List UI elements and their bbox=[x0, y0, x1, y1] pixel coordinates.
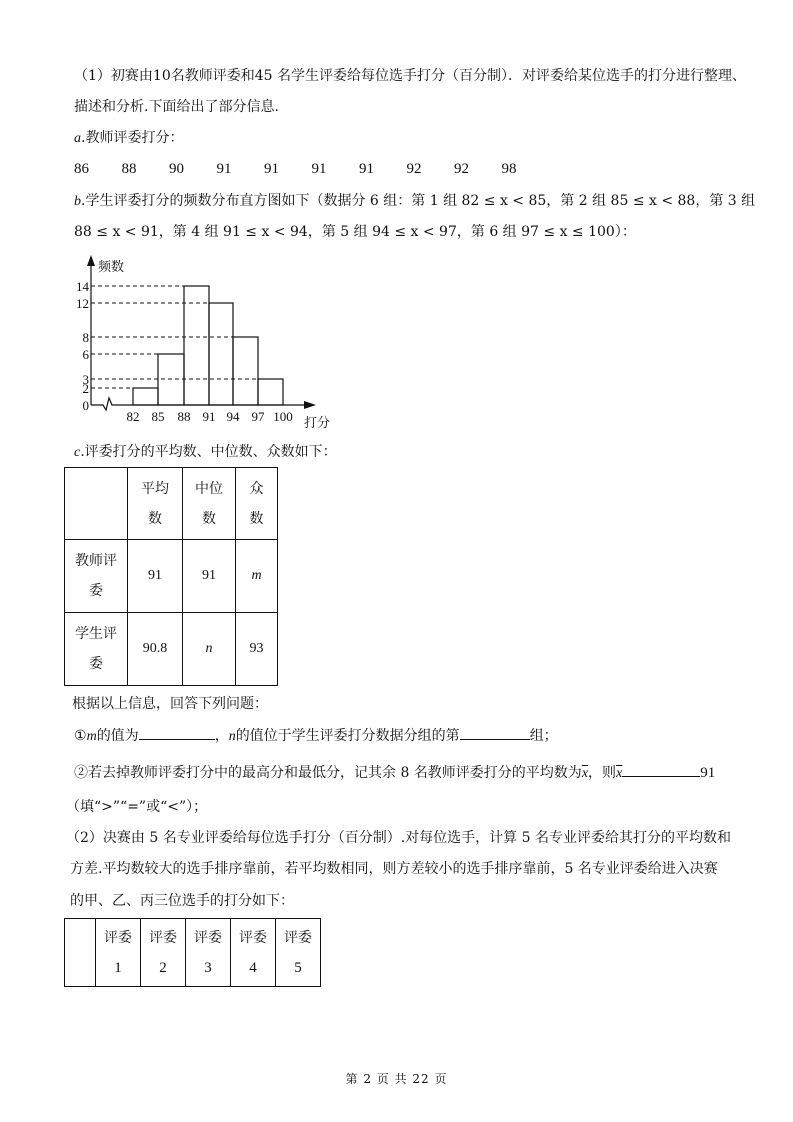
item-c: c.评委打分的平均数、中位数、众数如下： bbox=[74, 442, 337, 463]
part2-line1: （2）决赛由 5 名专业评委给每位选手打分（百分制）.对每位选手，计算 5 名专… bbox=[66, 828, 731, 848]
page-footer: 第 2 页 共 22 页 bbox=[0, 1070, 793, 1087]
teacher-score: 90 bbox=[169, 159, 217, 179]
table-row: 学生评委 90.8 n 93 bbox=[65, 613, 278, 686]
table-row: 教师评委 91 91 m bbox=[65, 540, 278, 613]
svg-text:94: 94 bbox=[227, 409, 241, 424]
svg-text:8: 8 bbox=[83, 330, 90, 345]
part1-intro-line1: （1）初赛由10名教师评委和45 名学生评委给每位选手打分（百分制）．对评委给某… bbox=[74, 66, 746, 86]
teacher-score: 91 bbox=[359, 159, 407, 179]
item-b-label: b bbox=[74, 194, 81, 209]
student-median: n bbox=[183, 613, 236, 686]
svg-text:12: 12 bbox=[76, 296, 89, 311]
judges-corner-cell bbox=[65, 919, 96, 987]
y-tick-labels: 14 12 8 6 3 2 0 bbox=[76, 279, 90, 413]
part2-line2: 方差.平均数较大的选手排序靠前，若平均数相同，则方差较小的选手排序靠前，5 名专… bbox=[70, 859, 718, 879]
table-header-row: 平均数 中位数 众数 bbox=[65, 468, 278, 540]
item-a-label: a bbox=[74, 131, 81, 146]
teacher-median: 91 bbox=[183, 540, 236, 613]
table-corner-cell bbox=[65, 468, 128, 540]
header-mode: 众数 bbox=[236, 468, 278, 540]
x-axis-label: 打分 bbox=[304, 415, 330, 430]
svg-text:6: 6 bbox=[83, 347, 90, 362]
stats-table: 平均数 中位数 众数 教师评委 91 91 m 学生评委 90.8 n 93 bbox=[64, 467, 278, 686]
teacher-score: 92 bbox=[454, 159, 502, 179]
judges-header-row: 评委1 评委2 评委3 评委4 评委5 bbox=[65, 919, 321, 987]
x-axis-arrow-icon bbox=[304, 401, 316, 409]
question-1: ①m的值为，n的值位于学生评委打分数据分组的第组； bbox=[74, 725, 558, 747]
svg-text:100: 100 bbox=[273, 409, 293, 424]
judges-table: 评委1 评委2 评委3 评委4 评委5 bbox=[64, 918, 321, 987]
teacher-mean: 91 bbox=[128, 540, 183, 613]
teacher-mode: m bbox=[236, 540, 278, 613]
header-mean: 平均数 bbox=[128, 468, 183, 540]
teacher-score: 88 bbox=[122, 159, 170, 179]
header-judge-1: 评委1 bbox=[96, 919, 141, 987]
question-2: ②若去掉教师评委打分中的最高分和最低分，记其余 8 名教师评委打分的平均数为x，… bbox=[74, 762, 715, 784]
teacher-score: 92 bbox=[407, 159, 455, 179]
teacher-scores: 86889091919191929298 bbox=[74, 159, 549, 179]
item-b-line1: b.学生评委打分的频数分布直方图如下（数据分 6 组：第 1 组 82 ≤ x … bbox=[74, 191, 755, 212]
bar-97-100 bbox=[258, 379, 283, 405]
svg-text:2: 2 bbox=[83, 381, 90, 396]
svg-text:97: 97 bbox=[252, 409, 266, 424]
teacher-score: 91 bbox=[312, 159, 360, 179]
teacher-score: 86 bbox=[74, 159, 122, 179]
svg-text:82: 82 bbox=[127, 409, 140, 424]
teacher-score: 91 bbox=[217, 159, 265, 179]
svg-text:14: 14 bbox=[76, 279, 90, 294]
teacher-score: 91 bbox=[264, 159, 312, 179]
teacher-score: 98 bbox=[502, 159, 550, 179]
x-tick-labels: 82 85 88 91 94 97 100 bbox=[127, 409, 293, 424]
item-a-text: .教师评委打分： bbox=[81, 130, 183, 146]
y-axis-label: 频数 bbox=[98, 259, 124, 274]
bar-91-94 bbox=[209, 303, 233, 405]
header-judge-3: 评委3 bbox=[186, 919, 231, 987]
item-b-line2: 88 ≤ x < 91，第 4 组 91 ≤ x < 94，第 5 组 94 ≤… bbox=[74, 222, 636, 242]
row-label-teacher: 教师评委 bbox=[65, 540, 128, 613]
part2-line3: 的甲、乙、丙三位选手的打分如下： bbox=[70, 891, 294, 911]
histogram-chart: 14 12 8 6 3 2 0 82 85 88 91 94 97 100 频数… bbox=[60, 250, 350, 435]
svg-text:88: 88 bbox=[178, 409, 191, 424]
bar-82-85 bbox=[133, 388, 158, 405]
y-axis-arrow-icon bbox=[87, 255, 95, 266]
item-b-text: .学生评委打分的频数分布直方图如下（数据分 6 组：第 1 组 82 ≤ x <… bbox=[81, 193, 755, 209]
item-a: a.教师评委打分： bbox=[74, 128, 183, 149]
header-judge-2: 评委2 bbox=[141, 919, 186, 987]
answer-blank-compare[interactable] bbox=[622, 762, 700, 777]
bar-88-91 bbox=[184, 286, 209, 405]
answer-blank-n-group[interactable] bbox=[460, 725, 530, 740]
header-judge-4: 评委4 bbox=[231, 919, 276, 987]
svg-text:85: 85 bbox=[152, 409, 165, 424]
question-2-hint: （填“>”“=”或“<”）； bbox=[66, 797, 207, 817]
svg-text:0: 0 bbox=[83, 398, 90, 413]
header-judge-5: 评委5 bbox=[276, 919, 321, 987]
part1-intro-line2: 描述和分析.下面给出了部分信息. bbox=[74, 97, 279, 117]
header-median: 中位数 bbox=[183, 468, 236, 540]
histogram-bars bbox=[133, 286, 283, 405]
row-label-student: 学生评委 bbox=[65, 613, 128, 686]
student-mean: 90.8 bbox=[128, 613, 183, 686]
student-mode: 93 bbox=[236, 613, 278, 686]
answer-blank-m[interactable] bbox=[139, 725, 215, 740]
svg-text:91: 91 bbox=[203, 409, 216, 424]
bar-94-97 bbox=[233, 337, 258, 405]
question-intro: 根据以上信息，回答下列问题： bbox=[72, 694, 268, 714]
item-c-text: .评委打分的平均数、中位数、众数如下： bbox=[80, 444, 336, 460]
